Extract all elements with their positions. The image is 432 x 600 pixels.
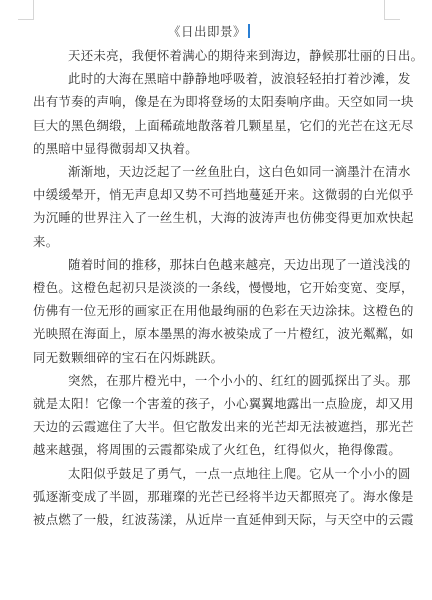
- paragraph-line: 巨大的黑色绸缎，上面稀疏地散落着几颗星星，它们的光芒在这无尽: [33, 114, 385, 137]
- document-page[interactable]: 《日出即景》 天还未亮，我便怀着满心的期待来到海边，静候那壮丽的日出。此时的大海…: [33, 20, 385, 531]
- paragraph: 太阳似乎鼓足了勇气，一点一点地往上爬。它从一个小小的圆弧逐渐变成了半圆，那璀璨的…: [33, 462, 385, 532]
- paragraph-line: 随着时间的推移，那抹白色越来越亮，天边出现了一道浅浅的: [33, 253, 385, 276]
- paragraph-line: 同无数颗细碎的宝石在闪烁跳跃。: [33, 346, 385, 369]
- paragraph-line: 来。: [33, 230, 385, 253]
- paragraph: 天还未亮，我便怀着满心的期待来到海边，静候那壮丽的日出。: [33, 44, 385, 67]
- paragraph: 渐渐地，天边泛起了一丝鱼肚白，这白色如同一滴墨汁在清水中缓缓晕开，悄无声息却又势…: [33, 160, 385, 253]
- page-corner-mark-top-right: [384, 0, 400, 20]
- paragraph-line: 越来越强，将周围的云霞都染成了火红色，红得似火，艳得像霞。: [33, 438, 385, 461]
- text-cursor: [248, 24, 250, 38]
- document-body[interactable]: 天还未亮，我便怀着满心的期待来到海边，静候那壮丽的日出。此时的大海在黑暗中静静地…: [33, 44, 385, 531]
- paragraph-line: 的黑暗中显得微弱却又执着。: [33, 137, 385, 160]
- paragraph: 随着时间的推移，那抹白色越来越亮，天边出现了一道浅浅的橙色。这橙色起初只是淡淡的…: [33, 253, 385, 369]
- paragraph-line: 光映照在海面上，原本墨黑的海水被染成了一片橙红，波光粼粼，如: [33, 322, 385, 345]
- paragraph-line: 弧逐渐变成了半圆，那璀璨的光芒已经将半边天都照亮了。海水像是: [33, 485, 385, 508]
- paragraph-line: 就是太阳！它像一个害羞的孩子，小心翼翼地露出一点脸庞，却又用: [33, 392, 385, 415]
- paragraph: 此时的大海在黑暗中静静地呼吸着，波浪轻轻拍打着沙滩，发出有节奏的声响，像是在为即…: [33, 67, 385, 160]
- document-title[interactable]: 《日出即景》: [33, 20, 385, 44]
- paragraph-line: 仿佛有一位无形的画家正在用他最绚丽的色彩在天边涂抹。这橙色的: [33, 299, 385, 322]
- paragraph: 突然，在那片橙光中，一个小小的、红红的圆弧探出了头。那就是太阳！它像一个害羞的孩…: [33, 369, 385, 462]
- paragraph-line: 为沉睡的世界注入了一丝生机，大海的波涛声也仿佛变得更加欢快起: [33, 206, 385, 229]
- paragraph-line: 天边的云霞遮住了大半。但它散发出来的光芒却无法被遮挡，那光芒: [33, 415, 385, 438]
- paragraph-line: 橙色。这橙色起初只是淡淡的一条线，慢慢地，它开始变宽、变厚，: [33, 276, 385, 299]
- paragraph-line: 出有节奏的声响，像是在为即将登场的太阳奏响序曲。天空如同一块: [33, 90, 385, 113]
- document-title-text: 《日出即景》: [168, 24, 246, 39]
- paragraph-line: 突然，在那片橙光中，一个小小的、红红的圆弧探出了头。那: [33, 369, 385, 392]
- paragraph-line: 被点燃了一般，红波荡漾，从近岸一直延伸到天际，与天空中的云霞: [33, 508, 385, 531]
- paragraph-line: 渐渐地，天边泛起了一丝鱼肚白，这白色如同一滴墨汁在清水: [33, 160, 385, 183]
- paragraph-line: 太阳似乎鼓足了勇气，一点一点地往上爬。它从一个小小的圆: [33, 462, 385, 485]
- paragraph-line: 天还未亮，我便怀着满心的期待来到海边，静候那壮丽的日出。: [33, 44, 385, 67]
- page-corner-mark-top-left: [18, 0, 34, 20]
- paragraph-line: 中缓缓晕开，悄无声息却又势不可挡地蔓延开来。这微弱的白光似乎: [33, 183, 385, 206]
- paragraph-line: 此时的大海在黑暗中静静地呼吸着，波浪轻轻拍打着沙滩，发: [33, 67, 385, 90]
